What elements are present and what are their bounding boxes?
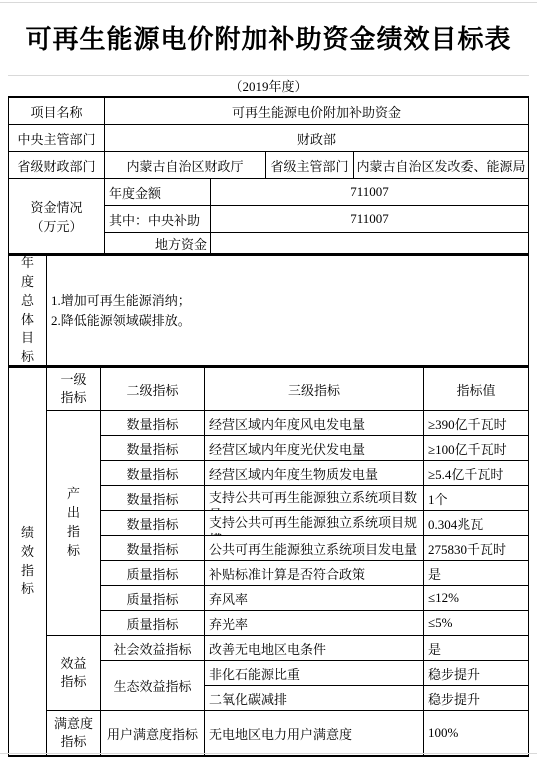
funding-table: 资金情况 （万元） 年度金额 711007 其中：中央补助 711007 地方资…	[8, 179, 529, 254]
header-level3: 三级指标	[205, 368, 424, 411]
row-level3: 无电地区电力用户满意度	[205, 711, 424, 755]
funding-label-line2: （万元）	[30, 216, 82, 235]
project-name-label: 项目名称	[9, 98, 105, 125]
document-sheet: 可再生能源电价附加补助资金绩效目标表 （2019年度） 项目名称 可再生能源电价…	[8, 0, 529, 757]
funding-value-central: 711007	[211, 206, 529, 233]
level1-satisfaction: 满意度指标	[47, 711, 101, 755]
row-level2: 质量指标	[101, 586, 205, 611]
row-level2-social: 社会效益指标	[101, 636, 205, 661]
annual-goal-label-text: 年度总体目标	[20, 256, 35, 366]
row-value: ≥5.4亿千瓦时	[424, 461, 529, 486]
level1-output: 产出指标	[47, 411, 101, 636]
row-value: ≥100亿千瓦时	[424, 436, 529, 461]
row-value: ≤12%	[424, 586, 529, 611]
row-value: 0.304兆瓦	[424, 511, 529, 536]
funding-item-local: 地方资金	[105, 233, 211, 254]
title-band: 可再生能源电价附加补助资金绩效目标表	[8, 0, 529, 75]
row-value: 稳步提升	[424, 686, 529, 711]
header-value: 指标值	[424, 368, 529, 411]
prov-finance-value: 内蒙古自治区财政厅	[105, 152, 266, 179]
prov-finance-label: 省级财政部门	[9, 152, 105, 179]
funding-value-local	[211, 233, 529, 254]
row-level3: 改善无电地区电条件	[205, 636, 424, 661]
row-level2: 数量指标	[101, 536, 205, 561]
level1-satisfaction-text: 满意度指标	[52, 715, 96, 750]
level1-benefit: 效益指标	[47, 636, 101, 711]
row-value: ≤5%	[424, 611, 529, 636]
row-value: ≥390亿千瓦时	[424, 411, 529, 436]
annual-goal-content: 1.增加可再生能源消纳； 2.降低能源领域碳排放。	[47, 256, 529, 366]
period-band: （2019年度）	[8, 75, 529, 96]
row-level2-satisfaction: 用户满意度指标	[101, 711, 205, 755]
page-bottom-gridline	[0, 753, 537, 754]
row-level3: 支持公共可再生能源独立系统项目数量	[205, 486, 424, 511]
central-dept-label: 中央主管部门	[9, 125, 105, 152]
row-level2: 质量指标	[101, 561, 205, 586]
header-level1-text: 一级指标	[59, 371, 89, 406]
document-title: 可再生能源电价附加补助资金绩效目标表	[25, 19, 511, 56]
row-level3: 经营区域内年度生物质发电量	[205, 461, 424, 486]
provincial-row: 省级财政部门 内蒙古自治区财政厅 省级主管部门 内蒙古自治区发改委、能源局	[8, 152, 529, 179]
annual-goal-label: 年度总体目标	[9, 256, 47, 366]
funding-item-central: 其中：中央补助	[105, 206, 211, 233]
annual-goal-section: 年度总体目标 1.增加可再生能源消纳； 2.降低能源领域碳排放。	[8, 254, 529, 366]
level1-benefit-text: 效益指标	[59, 655, 89, 690]
row-value: 稳步提升	[424, 661, 529, 686]
header-level2: 二级指标	[101, 368, 205, 411]
indicators-section-label: 绩效指标	[9, 368, 47, 755]
row-value: 100%	[424, 711, 529, 755]
row-level3: 弃光率	[205, 611, 424, 636]
funding-label-line1: 资金情况	[30, 197, 82, 216]
row-level2: 数量指标	[101, 436, 205, 461]
row-level3: 非化石能源比重	[205, 661, 424, 686]
funding-item-annual: 年度金额	[105, 179, 211, 206]
row-level3: 经营区域内年度风电发电量	[205, 411, 424, 436]
goal-line-1: 1.增加可再生能源消纳；	[51, 291, 191, 311]
goal-line-2: 2.降低能源领域碳排放。	[51, 311, 191, 331]
row-level2: 数量指标	[101, 411, 205, 436]
row-level2-eco: 生态效益指标	[101, 661, 205, 711]
row-level2: 数量指标	[101, 486, 205, 511]
prov-dept-value: 内蒙古自治区发改委、能源局	[354, 152, 529, 179]
project-name-value: 可再生能源电价附加补助资金	[105, 98, 529, 125]
indicators-section-label-text: 绩效指标	[20, 524, 35, 599]
row-level2: 数量指标	[101, 511, 205, 536]
header-level1: 一级指标	[47, 368, 101, 411]
indicators-table: 绩效指标 一级指标 二级指标 三级指标 指标值 产出指标 数量指标 经营区域内年…	[8, 366, 529, 757]
row-level2: 质量指标	[101, 611, 205, 636]
row-value: 是	[424, 561, 529, 586]
funding-label: 资金情况 （万元）	[9, 179, 105, 254]
central-dept-value: 财政部	[105, 125, 529, 152]
row-level3: 支持公共可再生能源独立系统项目规模	[205, 511, 424, 536]
funding-value-annual: 711007	[211, 179, 529, 206]
row-level3: 弃风率	[205, 586, 424, 611]
prov-dept-label: 省级主管部门	[266, 152, 354, 179]
period-label: （2019年度）	[229, 76, 307, 95]
row-value: 是	[424, 636, 529, 661]
row-level2: 数量指标	[101, 461, 205, 486]
row-level3: 补贴标准计算是否符合政策	[205, 561, 424, 586]
info-table: 项目名称 可再生能源电价附加补助资金 中央主管部门 财政部	[8, 96, 529, 152]
level1-output-text: 产出指标	[66, 485, 81, 560]
row-value: 1个	[424, 486, 529, 511]
row-level3: 经营区域内年度光伏发电量	[205, 436, 424, 461]
row-value: 275830千瓦时	[424, 536, 529, 561]
row-level3: 二氧化碳减排	[205, 686, 424, 711]
row-level3: 公共可再生能源独立系统项目发电量	[205, 536, 424, 561]
